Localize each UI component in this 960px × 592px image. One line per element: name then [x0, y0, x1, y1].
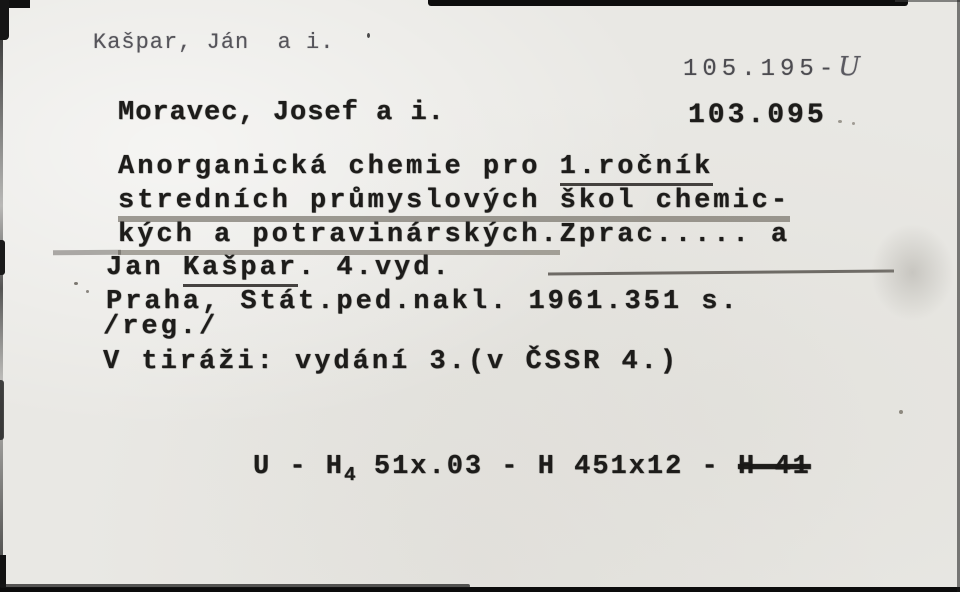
author-heading: Kašpar, Ján a i.: [93, 30, 334, 55]
pencil-underline-extension: [53, 250, 121, 255]
call-number: 105.195-U: [683, 52, 860, 83]
scan-artifact-bottom-strip-2: [0, 584, 470, 588]
title-line-1-underlined: 1.ročník: [560, 152, 714, 186]
title-line-4: Jan Kašpar. 4.vyd.: [106, 253, 452, 283]
dust-speck: [86, 290, 89, 293]
dust-speck: [899, 410, 903, 414]
title-line-1-pre: Anorganická chemie pro: [118, 152, 560, 182]
shelfmark-line: U - H4 51x.03 - H 451x12 - H 41: [253, 452, 811, 486]
dust-speck: [74, 282, 78, 285]
scan-artifact-right-smudge: [855, 205, 960, 340]
title-line-4-underlined: Kašpar: [183, 253, 298, 287]
shelfmark-prefix: U - H: [253, 452, 344, 482]
call-number-suffix: U: [838, 52, 860, 82]
title-line-4-pre: Jan: [106, 253, 183, 283]
dust-speck: [367, 33, 370, 38]
title-line-3-rest: Zprac..... a: [560, 220, 790, 250]
title-line-3: kých a potravinárských.Zprac..... a: [118, 220, 790, 250]
call-number-text: 105.195-: [683, 56, 838, 83]
accession-number: 103.095: [688, 100, 827, 131]
scan-artifact-top-right: [895, 0, 960, 2]
title-line-1: Anorganická chemie pro 1.ročník: [118, 152, 713, 182]
catalog-card: Kašpar, Ján a i. 105.195-U Moravec, Jose…: [0, 0, 960, 592]
colophon-note: V tiráži: vydání 3.(v ČSSR 4.): [103, 347, 679, 377]
dust-speck: [838, 120, 842, 123]
secondary-author: Moravec, Josef a i.: [118, 98, 445, 128]
reg-note: /reg./: [103, 312, 218, 342]
scan-artifact-left-blob-lower: [0, 380, 4, 440]
shelfmark-struck: H 41: [738, 452, 811, 482]
scan-artifact-left-blob-mid: [0, 240, 5, 275]
scan-artifact-top-strip: [428, 0, 908, 6]
shelfmark-subscript: 4: [344, 464, 356, 486]
title-line-4-post: . 4.vyd.: [298, 253, 452, 283]
shelfmark-main: 51x.03 - H 451x12 -: [356, 452, 738, 482]
dust-speck: [852, 122, 855, 125]
title-line-2-underlined: stredních průmyslových škol chemic-: [118, 186, 790, 222]
title-line-2: stredních průmyslových škol chemic-: [118, 186, 790, 216]
pencil-line-long: [548, 269, 894, 275]
scan-artifact-left-edge: [0, 40, 3, 592]
title-line-3-underlined: kých a potravinárských.: [118, 220, 560, 255]
scan-artifact-left-blob-top: [0, 0, 9, 40]
